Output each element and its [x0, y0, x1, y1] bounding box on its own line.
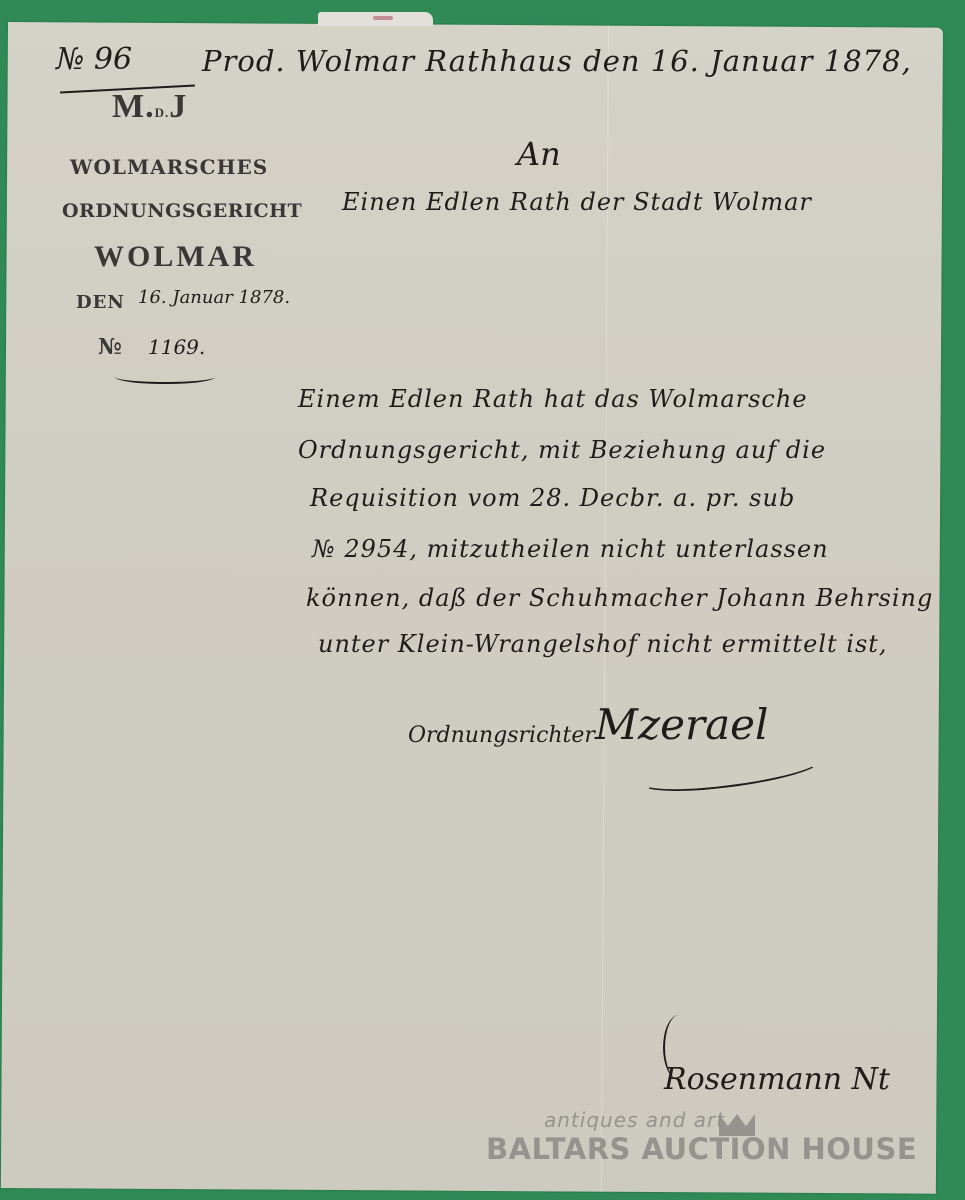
- body-line: Einem Edlen Rath hat das Wolmarsche: [298, 385, 808, 413]
- salutation: An: [517, 135, 561, 173]
- stamp-line-3: WOLMAR: [94, 240, 257, 274]
- watermark-name: BALTARS AUCTION HOUSE: [486, 1132, 917, 1166]
- addressee: Einen Edlen Rath der Stadt Wolmar: [342, 188, 812, 216]
- body-line: Ordnungsgericht, mit Beziehung auf die: [298, 436, 826, 464]
- stamp-number-value: 1169.: [148, 335, 205, 359]
- stamp-line-2: ORDNUNGSGERICHT: [62, 200, 302, 222]
- watermark-tagline: antiques and art: [544, 1108, 725, 1132]
- stamp-date: 16. Januar 1878.: [138, 287, 290, 308]
- closing-title: Ordnungsrichter: [408, 723, 595, 748]
- body-line: № 2954, mitzutheilen nicht unterlassen: [312, 535, 829, 563]
- stamp-den-label: DEN: [76, 292, 125, 313]
- body-line: können, daß der Schuhmacher Johann Behrs…: [306, 584, 933, 612]
- stamp-line-1: WOLMARSCHES: [70, 155, 268, 179]
- signature-primary: Mzerael: [595, 700, 768, 749]
- body-line: unter Klein-Wrangelshof nicht ermittelt …: [318, 630, 888, 658]
- stamp-monogram-m: M.: [112, 88, 155, 125]
- header-received-line: Prod. Wolmar Rathhaus den 16. Januar 187…: [202, 44, 912, 78]
- stamp-monogram-d: D.: [155, 105, 170, 120]
- signature-secondary: Rosenmann Nt: [664, 1062, 890, 1097]
- stamp-monogram-j: J: [169, 88, 187, 125]
- torn-paper-remnant: [318, 12, 433, 26]
- stamp-number-label: №: [98, 334, 123, 360]
- body-line: Requisition vom 28. Decbr. a. pr. sub: [310, 484, 795, 512]
- reference-number: № 96: [56, 42, 132, 77]
- number-flourish: [115, 370, 215, 384]
- stamp-monogram: M.D.J: [112, 88, 187, 126]
